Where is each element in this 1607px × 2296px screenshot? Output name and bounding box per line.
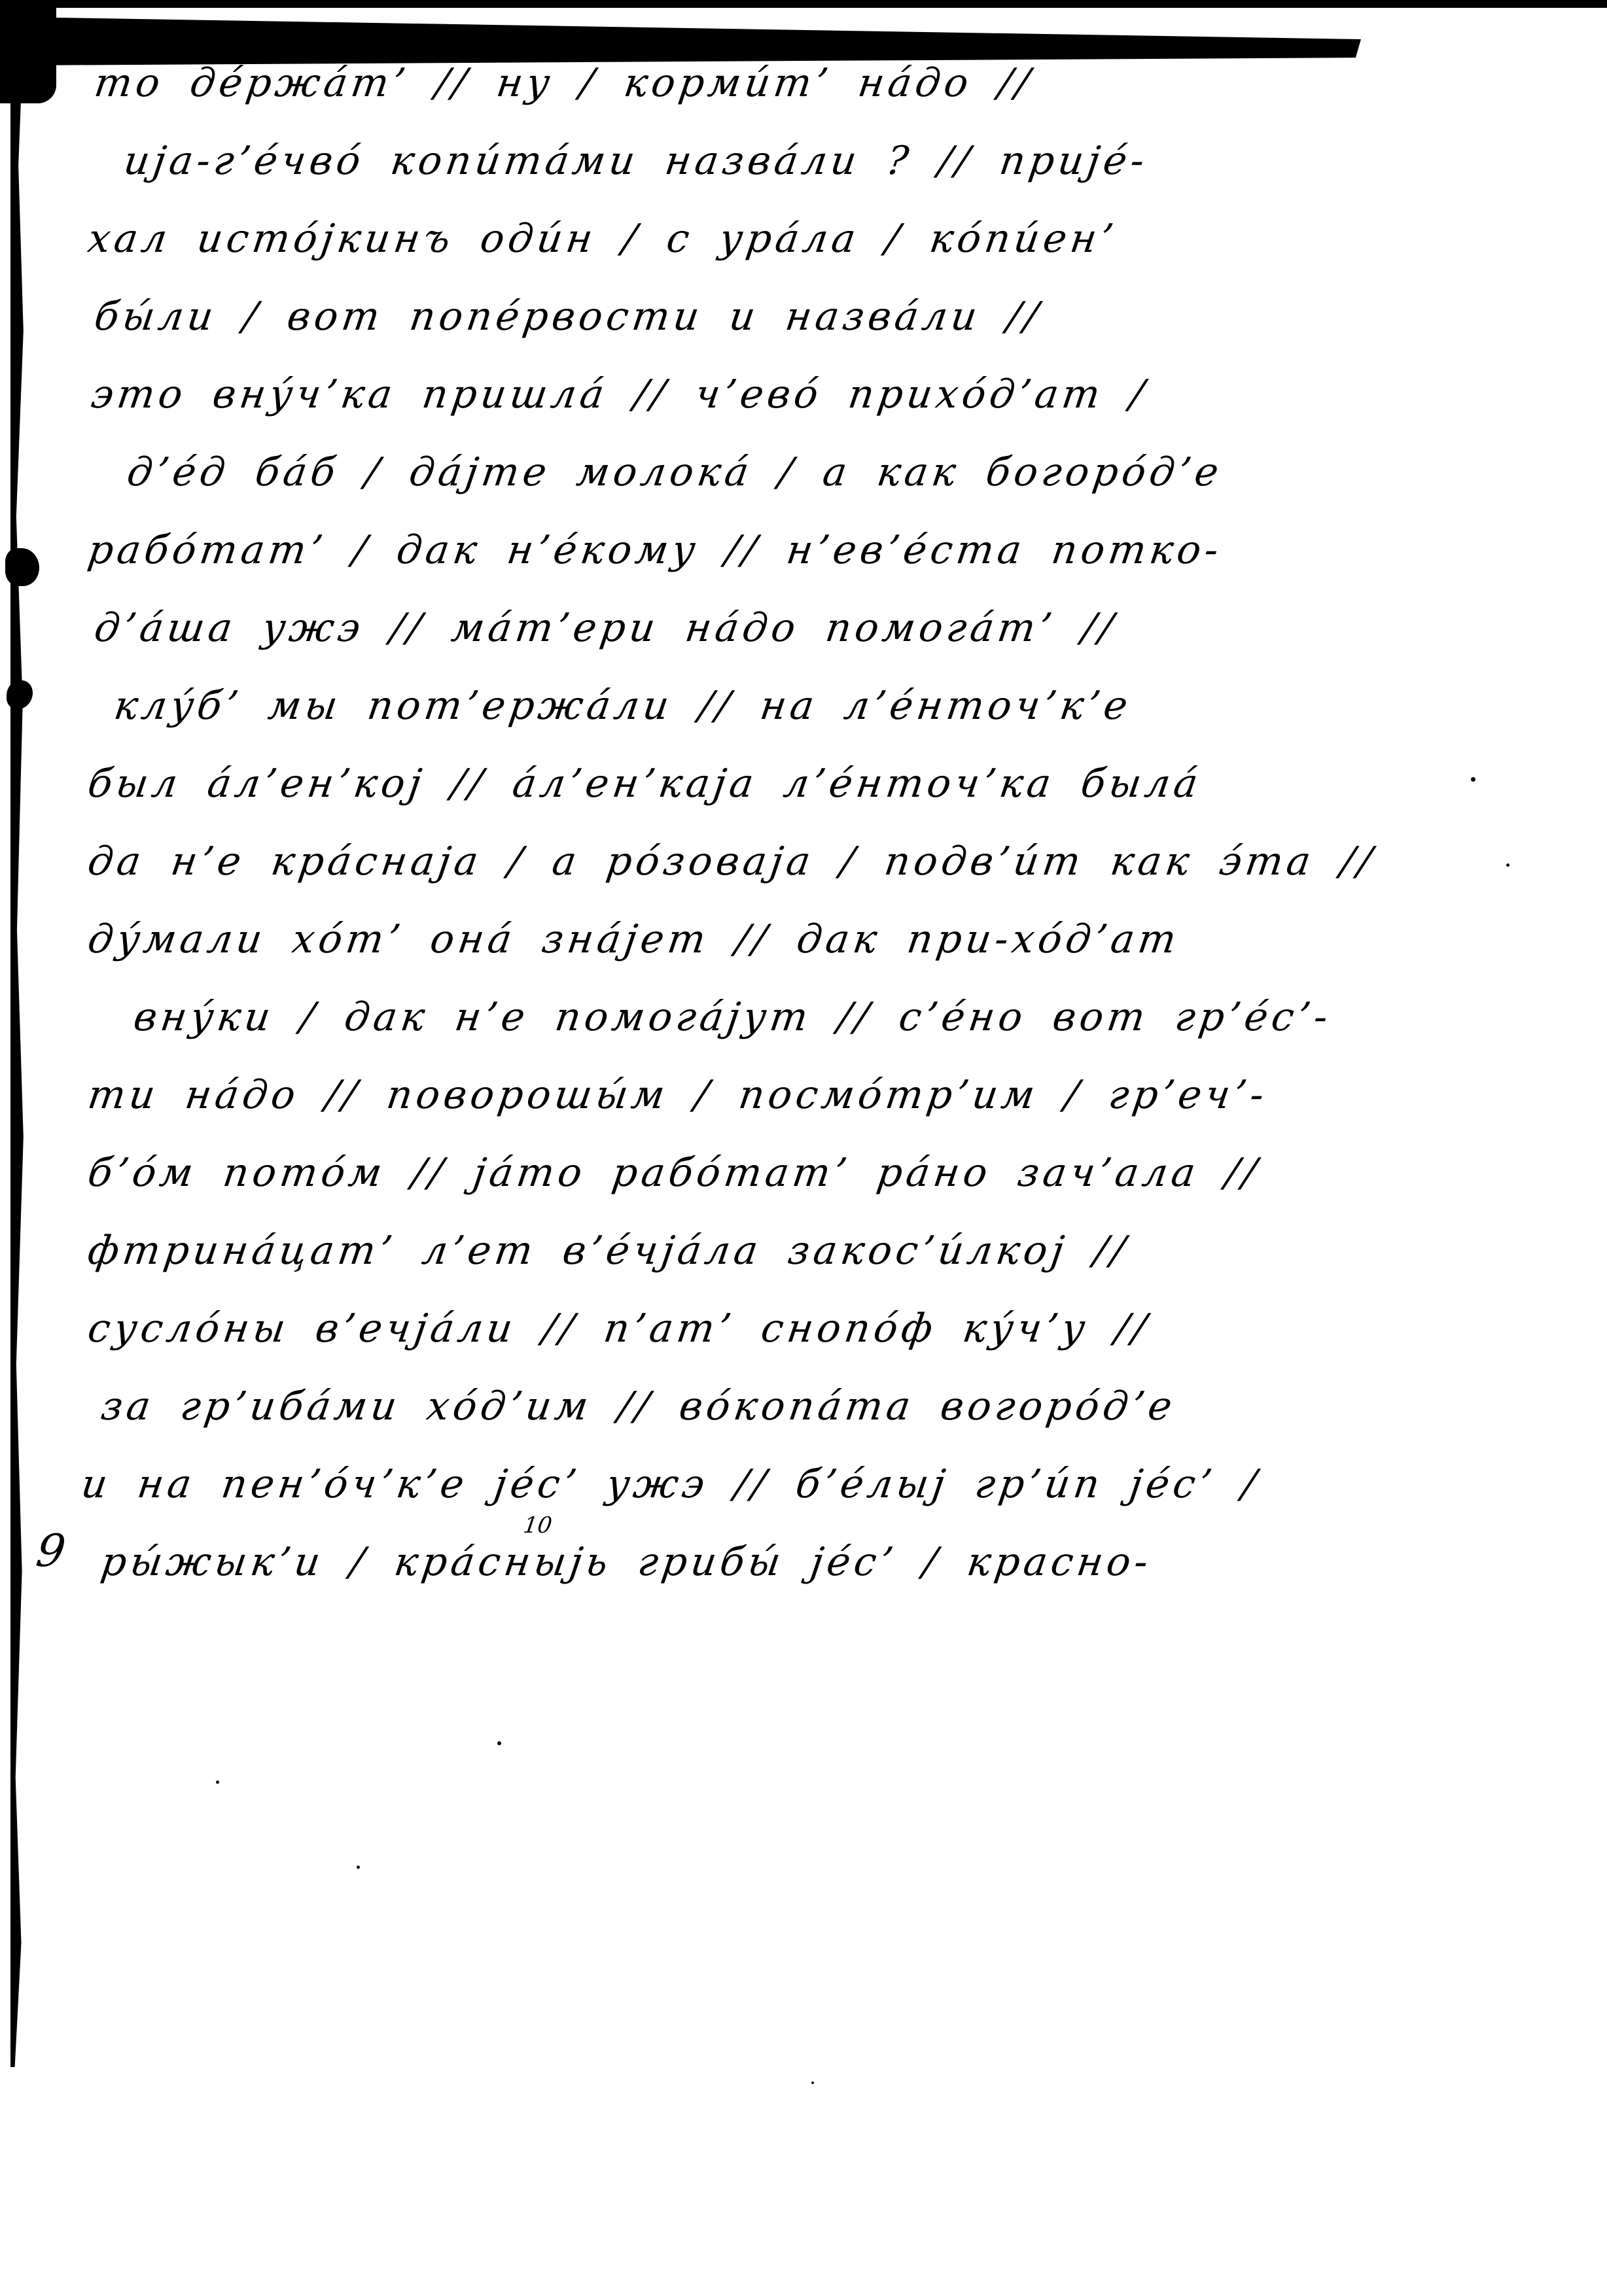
handwritten-line: рабо́тат’ / дак н’е́кому // н’ев’е́ста п… <box>85 527 1225 573</box>
handwritten-line: и на пен’о́ч’к’е је́с’ ужэ // б’е́лыј гр… <box>79 1461 1263 1507</box>
handwritten-line: вну́ки / дак н’е помога́јут // с’е́но во… <box>131 994 1335 1040</box>
handwritten-line: сусло́ны в’ечја́ли // п’ат’ снопо́ф ку́ч… <box>85 1306 1153 1351</box>
scanned-manuscript-page: то де́ржа́т’ // ну / корми́т’ на́до //иј… <box>0 0 1607 2296</box>
handwritten-line: ры́жык’и / кра́сныјь грибы́ је́с’ / крас… <box>98 1539 1155 1585</box>
handwritten-line: это вну́ч’ка пришла́ // ч’ево́ прихо́д’а… <box>88 372 1151 417</box>
handwritten-line: фтрина́цат’ л’ет в’е́чја́ла закос’и́лкој… <box>85 1228 1132 1274</box>
handwritten-line: ти на́до // поворошы́м / посмо́тр’им / г… <box>85 1072 1271 1118</box>
handwritten-line: б’о́м пото́м // ја́то рабо́тат’ ра́но за… <box>85 1150 1263 1196</box>
handwritten-line: был а́л’ен’кој // а́л’ен’каја л’е́нточ’к… <box>85 761 1205 807</box>
handwritten-line: за гр’иба́ми хо́д’им // во́копа́та вогор… <box>98 1383 1179 1429</box>
handwritten-line: ду́мали хо́т’ она́ зна́јет // дак при-хо… <box>85 916 1183 962</box>
handwritten-line: д’е́д ба́б / да́јте молока́ / а как бого… <box>124 449 1226 495</box>
handwritten-line: клу́б’ мы пот’ержа́ли // на л’е́нточ’к’е <box>111 683 1135 729</box>
handwritten-line: то де́ржа́т’ // ну / корми́т’ на́до // <box>92 60 1036 106</box>
stray-superscript-mark: 10 <box>521 1512 554 1539</box>
handwritten-line: ија-г’е́чво́ копи́та́ми назва́ли ? // пр… <box>121 138 1151 184</box>
handwritten-line: д’а́ша ужэ // ма́т’ери на́до помога́т’ /… <box>92 605 1120 651</box>
handwritten-text-block: то де́ржа́т’ // ну / корми́т’ на́до //иј… <box>0 0 1607 2296</box>
handwritten-line: да н’е кра́снаја / а ро́зоваја / подв’и́… <box>85 839 1379 884</box>
handwritten-line: бы́ли / вот попе́рвости и назва́ли // <box>92 294 1045 339</box>
handwritten-line: хал исто́јкинъ оди́н / с ура́ла / ко́пи́… <box>85 216 1120 262</box>
